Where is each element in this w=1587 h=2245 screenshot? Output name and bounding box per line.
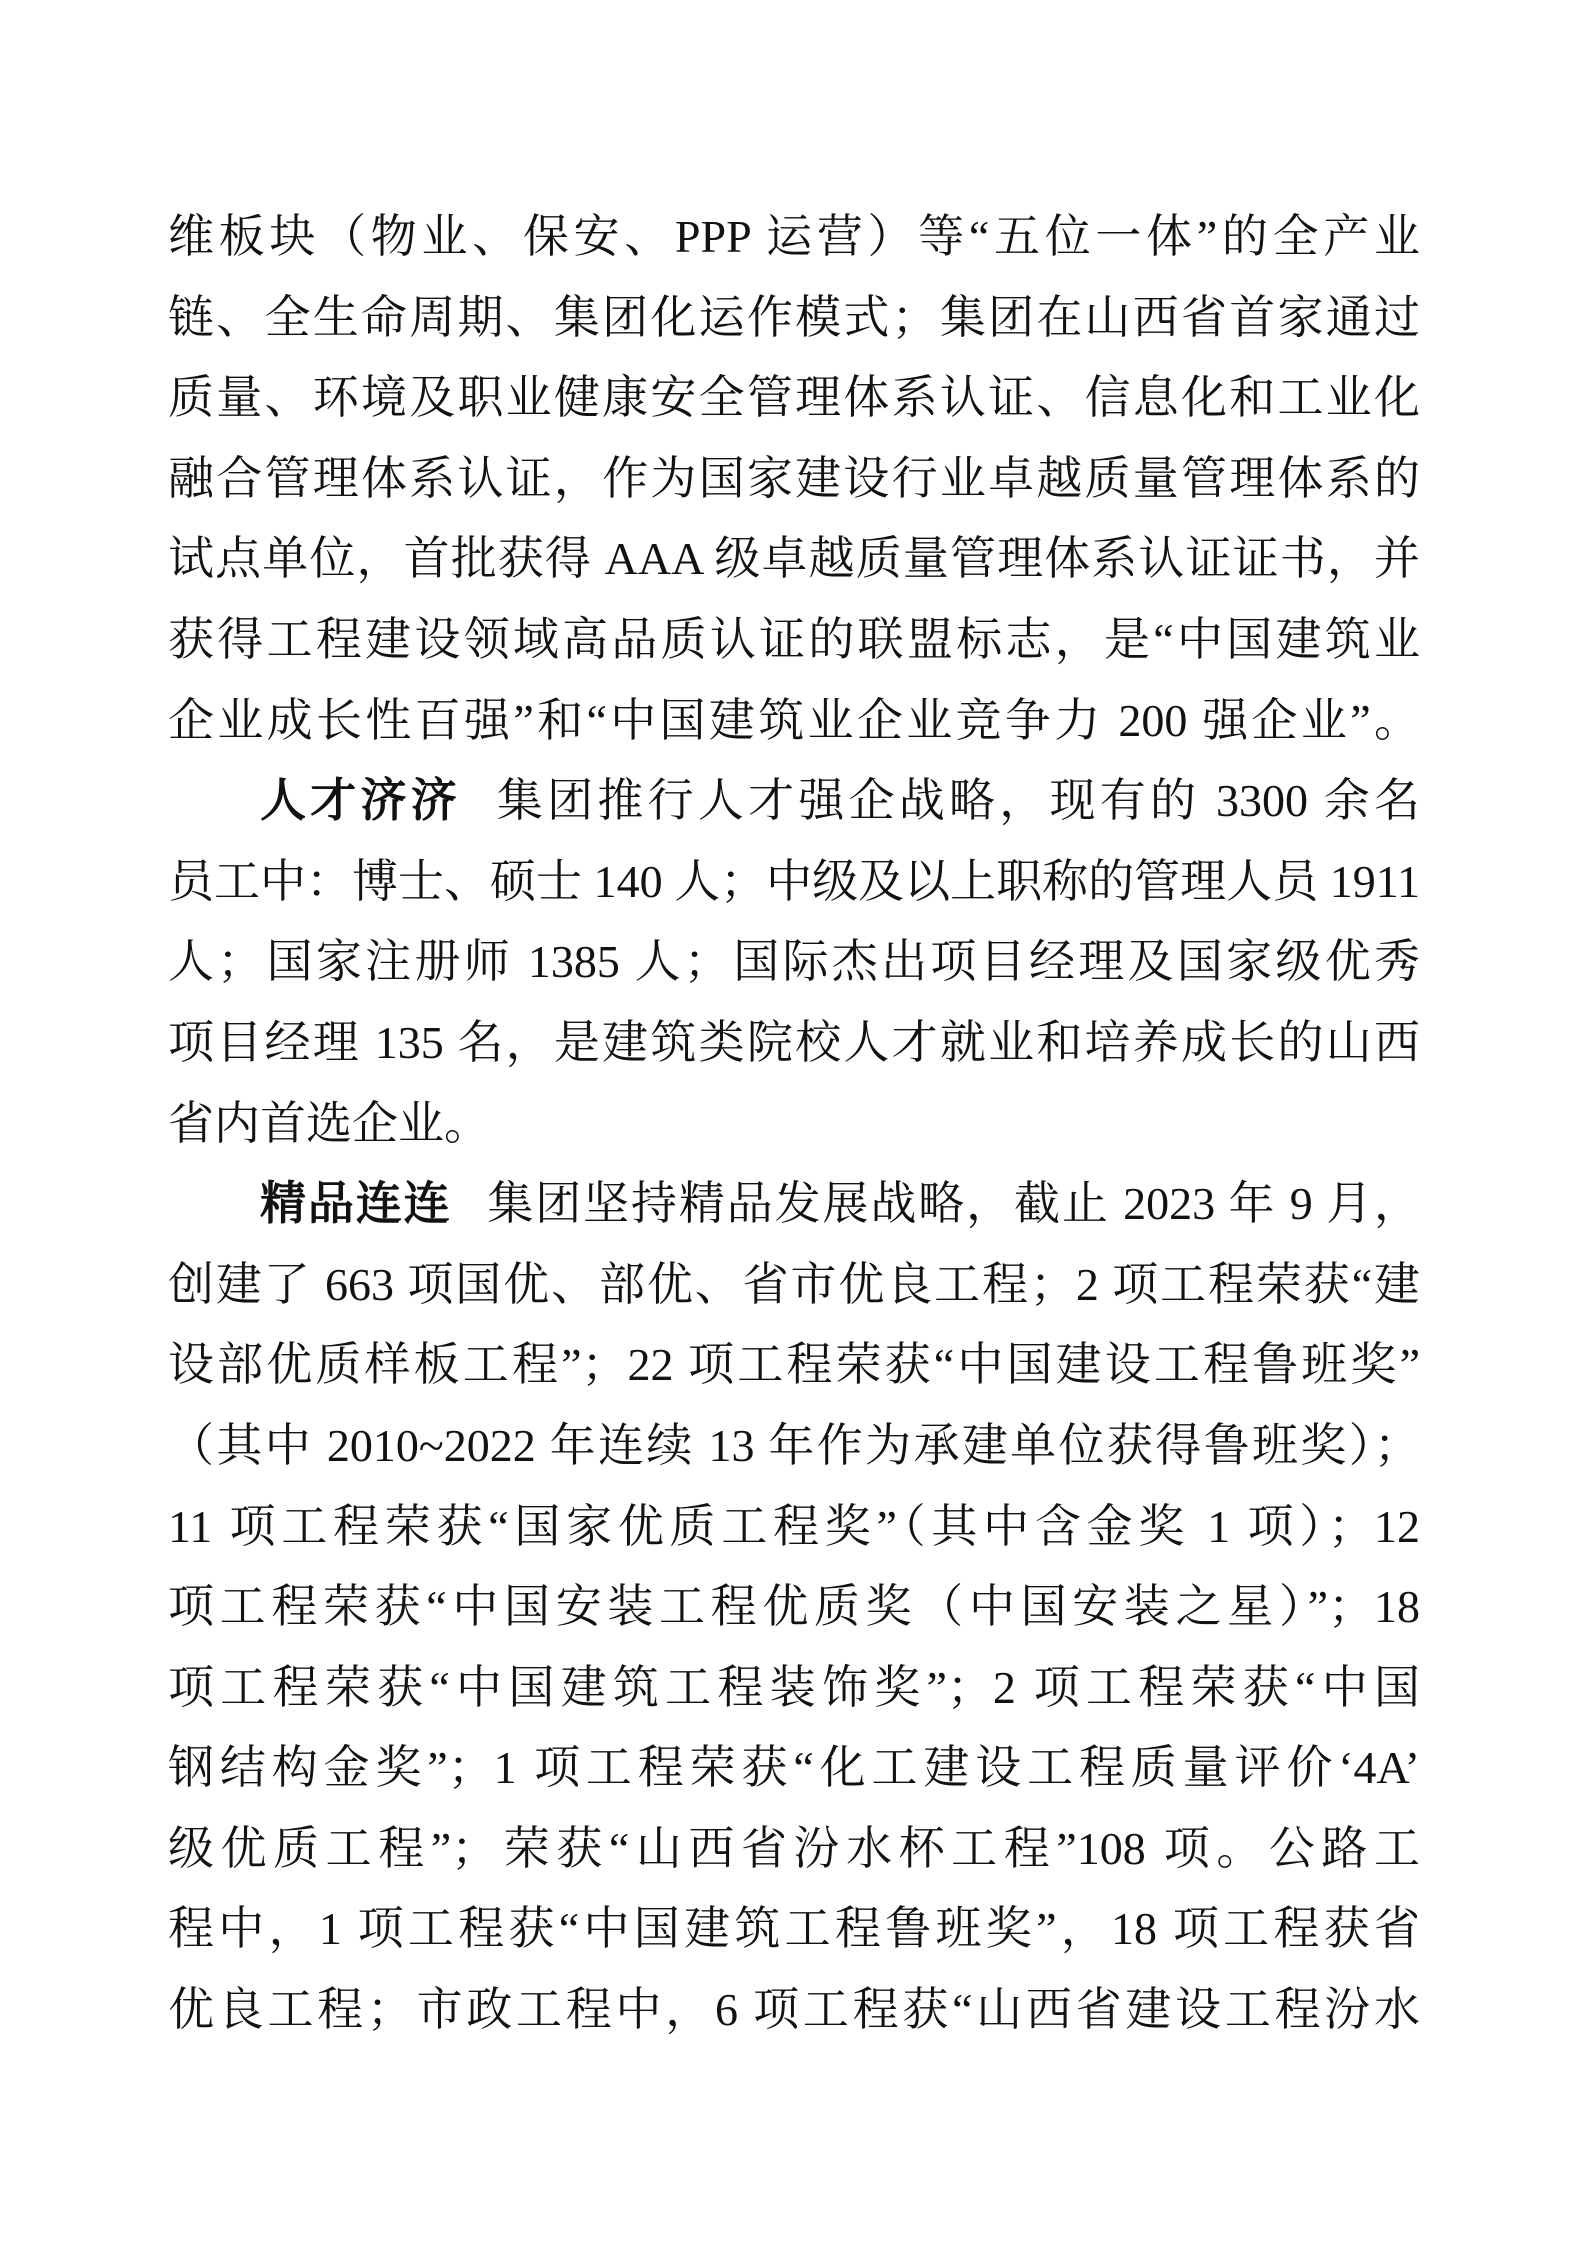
text-line: 试点单位，首批获得 AAA 级卓越质量管理体系认证证书，并 (168, 519, 1420, 600)
text-line: 11 项工程荣获“国家优质工程奖”（其中含金奖 1 项）；12 (168, 1487, 1420, 1568)
text-line: 创建了 663 项国优、部优、省市优良工程；2 项工程荣获“建 (168, 1245, 1420, 1326)
text-line: 维板块（物业、保安、PPP 运营）等“五位一体”的全产业 (168, 197, 1420, 278)
text-line: 链、全生命周期、集团化运作模式；集团在山西省首家通过 (168, 278, 1420, 359)
paragraph-text: 集团坚持精品发展战略，截止 2023 年 9 月， (487, 1178, 1420, 1229)
text-line: 企业成长性百强”和“中国建筑业企业竞争力 200 强企业”。 (168, 681, 1420, 762)
text-line: 设部优质样板工程”；22 项工程荣获“中国建设工程鲁班奖” (168, 1325, 1420, 1406)
text-line: （其中 2010~2022 年连续 13 年作为承建单位获得鲁班奖）； (168, 1406, 1420, 1487)
text-line: 获得工程建设领域高品质认证的联盟标志，是“中国建筑业 (168, 600, 1420, 681)
text-line: 项目经理 135 名，是建筑类院校人才就业和培养成长的山西 (168, 1003, 1420, 1084)
text-line: 人才济济集团推行人才强企战略，现有的 3300 余名 (168, 761, 1420, 842)
text-line: 级优质工程”；荣获“山西省汾水杯工程”108 项。公路工 (168, 1809, 1420, 1890)
document-page: 维板块（物业、保安、PPP 运营）等“五位一体”的全产业 链、全生命周期、集团化… (0, 0, 1587, 2245)
text-line: 钢结构金奖”；1 项工程荣获“化工建设工程质量评价‘4A’ (168, 1728, 1420, 1809)
text-line: 优良工程；市政工程中，6 项工程获“山西省建设工程汾水 (168, 1970, 1420, 2051)
text-line: 程中，1 项工程获“中国建筑工程鲁班奖”，18 项工程获省 (168, 1889, 1420, 1970)
text-line: 人；国家注册师 1385 人；国际杰出项目经理及国家级优秀 (168, 922, 1420, 1003)
paragraph-lead: 精品连连 (260, 1178, 452, 1229)
text-line: 项工程荣获“中国安装工程优质奖（中国安装之星）”；18 (168, 1567, 1420, 1648)
text-line: 员工中：博士、硕士 140 人；中级及以上职称的管理人员 1911 (168, 842, 1420, 923)
text-line: 项工程荣获“中国建筑工程装饰奖”；2 项工程荣获“中国 (168, 1648, 1420, 1729)
text-line: 省内首选企业。 (168, 1084, 1420, 1165)
paragraph-lead: 人才济济 (260, 775, 461, 826)
paragraph-text: 集团推行人才强企战略，现有的 3300 余名 (497, 775, 1420, 826)
text-line: 质量、环境及职业健康安全管理体系认证、信息化和工业化 (168, 358, 1420, 439)
text-line: 精品连连集团坚持精品发展战略，截止 2023 年 9 月， (168, 1164, 1420, 1245)
text-line: 融合管理体系认证，作为国家建设行业卓越质量管理体系的 (168, 439, 1420, 520)
